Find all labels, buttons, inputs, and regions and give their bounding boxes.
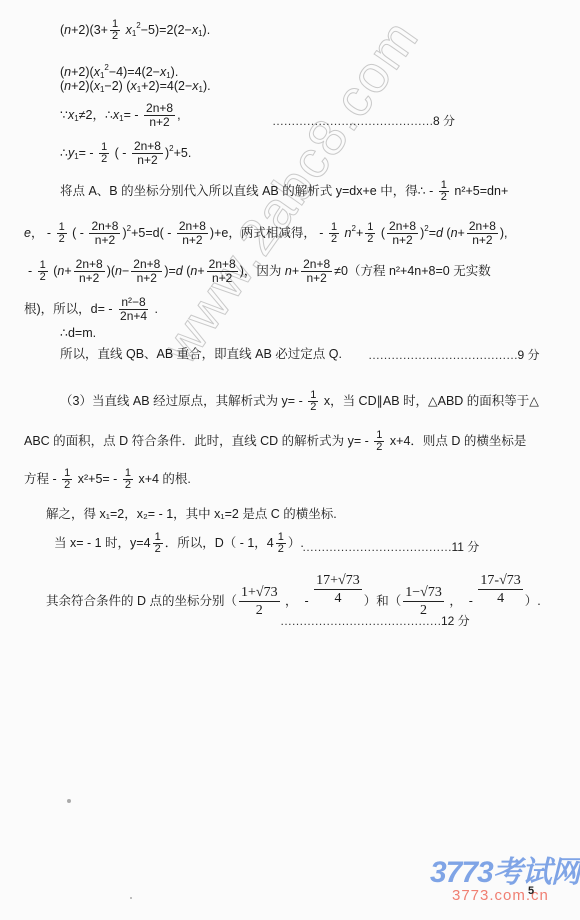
fraction: 12 xyxy=(365,222,375,245)
fraction: 12 xyxy=(110,19,120,42)
equation-line-1: (n+2)(3+12 x12−5)=2(2−x1). xyxy=(60,18,210,42)
fraction: 2n+8n+2 xyxy=(467,220,498,247)
part3-line-2: ABC 的面积，点 D 符合条件．此时，直线 CD 的解析式为 y= - 12 … xyxy=(24,430,526,453)
fraction: 12 xyxy=(329,222,339,245)
fraction: 2n+8n+2 xyxy=(207,258,238,285)
paragraph-substitute-line-2: e， - 12 ( - 2n+8n+2)2+5=d( - 2n+8n+2)+e，… xyxy=(24,220,508,247)
paragraph-substitute-line-4: 根)，所以，d= - n²−82n+4 . xyxy=(24,296,158,323)
part3-line-1: （3）当直线 AB 经过原点，其解析式为 y= - 12 x，当 CD∥AB 时… xyxy=(60,390,539,413)
fraction: 2n+8n+2 xyxy=(89,220,120,247)
fraction: 2n+8n+2 xyxy=(132,140,163,167)
fraction: 17-√734 xyxy=(478,572,522,607)
logo-main-text: 3773考试网 xyxy=(430,858,580,888)
equation-line-5: ∴y1= - 12 ( - 2n+8n+2)2+5. xyxy=(60,140,191,167)
fraction: 12 xyxy=(308,390,318,413)
fraction: n²−82n+4 xyxy=(118,296,149,323)
score-9: …………………………………9 分 xyxy=(368,346,540,363)
fraction: 12 xyxy=(123,468,133,491)
fraction: 12 xyxy=(62,468,72,491)
fraction: 2n+8n+2 xyxy=(144,102,175,129)
page-number: 5 xyxy=(528,885,534,897)
equation-line-3: (n+2)(x1−2) (x1+2)=4(2−x1). xyxy=(60,78,211,98)
paragraph-substitute-line-3: - 12 (n+2n+8n+2)(n−2n+8n+2)=d (n+2n+8n+2… xyxy=(28,258,491,285)
fraction: 2n+8n+2 xyxy=(74,258,105,285)
equation-line-4: ∵x1≠2，∴x1= - 2n+8n+2, xyxy=(60,102,181,129)
fraction: 12 xyxy=(276,532,286,555)
scan-speck xyxy=(67,799,71,803)
conclusion-line: 所以，直线 QB、AB 重合，即直线 AB 必过定点 Q. xyxy=(60,346,342,362)
scan-speck xyxy=(130,897,132,899)
score-8: ……………………………………8 分 xyxy=(272,112,455,129)
score-12: ……………………………………12 分 xyxy=(280,612,470,629)
fraction: 12 xyxy=(374,430,384,453)
fraction: 12 xyxy=(57,222,67,245)
fraction: 17+√734 xyxy=(314,572,362,607)
fraction: 2n+8n+2 xyxy=(131,258,162,285)
part3-line-3: 方程 - 12 x²+5= - 12 x+4 的根. xyxy=(24,468,191,491)
part3-solve-line: 解之，得 x₁=2，x₂= - 1，其中 x₁=2 是点 C 的横坐标. xyxy=(46,506,337,522)
score-11: …………………………………11 分 xyxy=(302,538,479,555)
fraction: 12 xyxy=(38,260,48,283)
fraction: 2n+8n+2 xyxy=(301,258,332,285)
part3-point-d-line: 当 x= - 1 时，y=412．所以，D（ - 1，412）. xyxy=(54,532,304,555)
fraction: 1+√732 xyxy=(239,584,280,619)
fraction: 12 xyxy=(153,532,163,555)
fraction: 2n+8n+2 xyxy=(177,220,208,247)
equation-d-equals-m: ∴d=m. xyxy=(60,325,96,341)
site-logo: 3773考试网 3773.com.cn xyxy=(430,858,580,904)
paragraph-substitute-line-1: 将点 A、B 的坐标分别代入所以直线 AB 的解析式 y=dx+e 中，得∴ -… xyxy=(60,180,508,203)
logo-url-text: 3773.com.cn xyxy=(452,888,580,904)
fraction: 12 xyxy=(99,142,109,165)
fraction: 2n+8n+2 xyxy=(387,220,418,247)
fraction: 12 xyxy=(439,180,449,203)
